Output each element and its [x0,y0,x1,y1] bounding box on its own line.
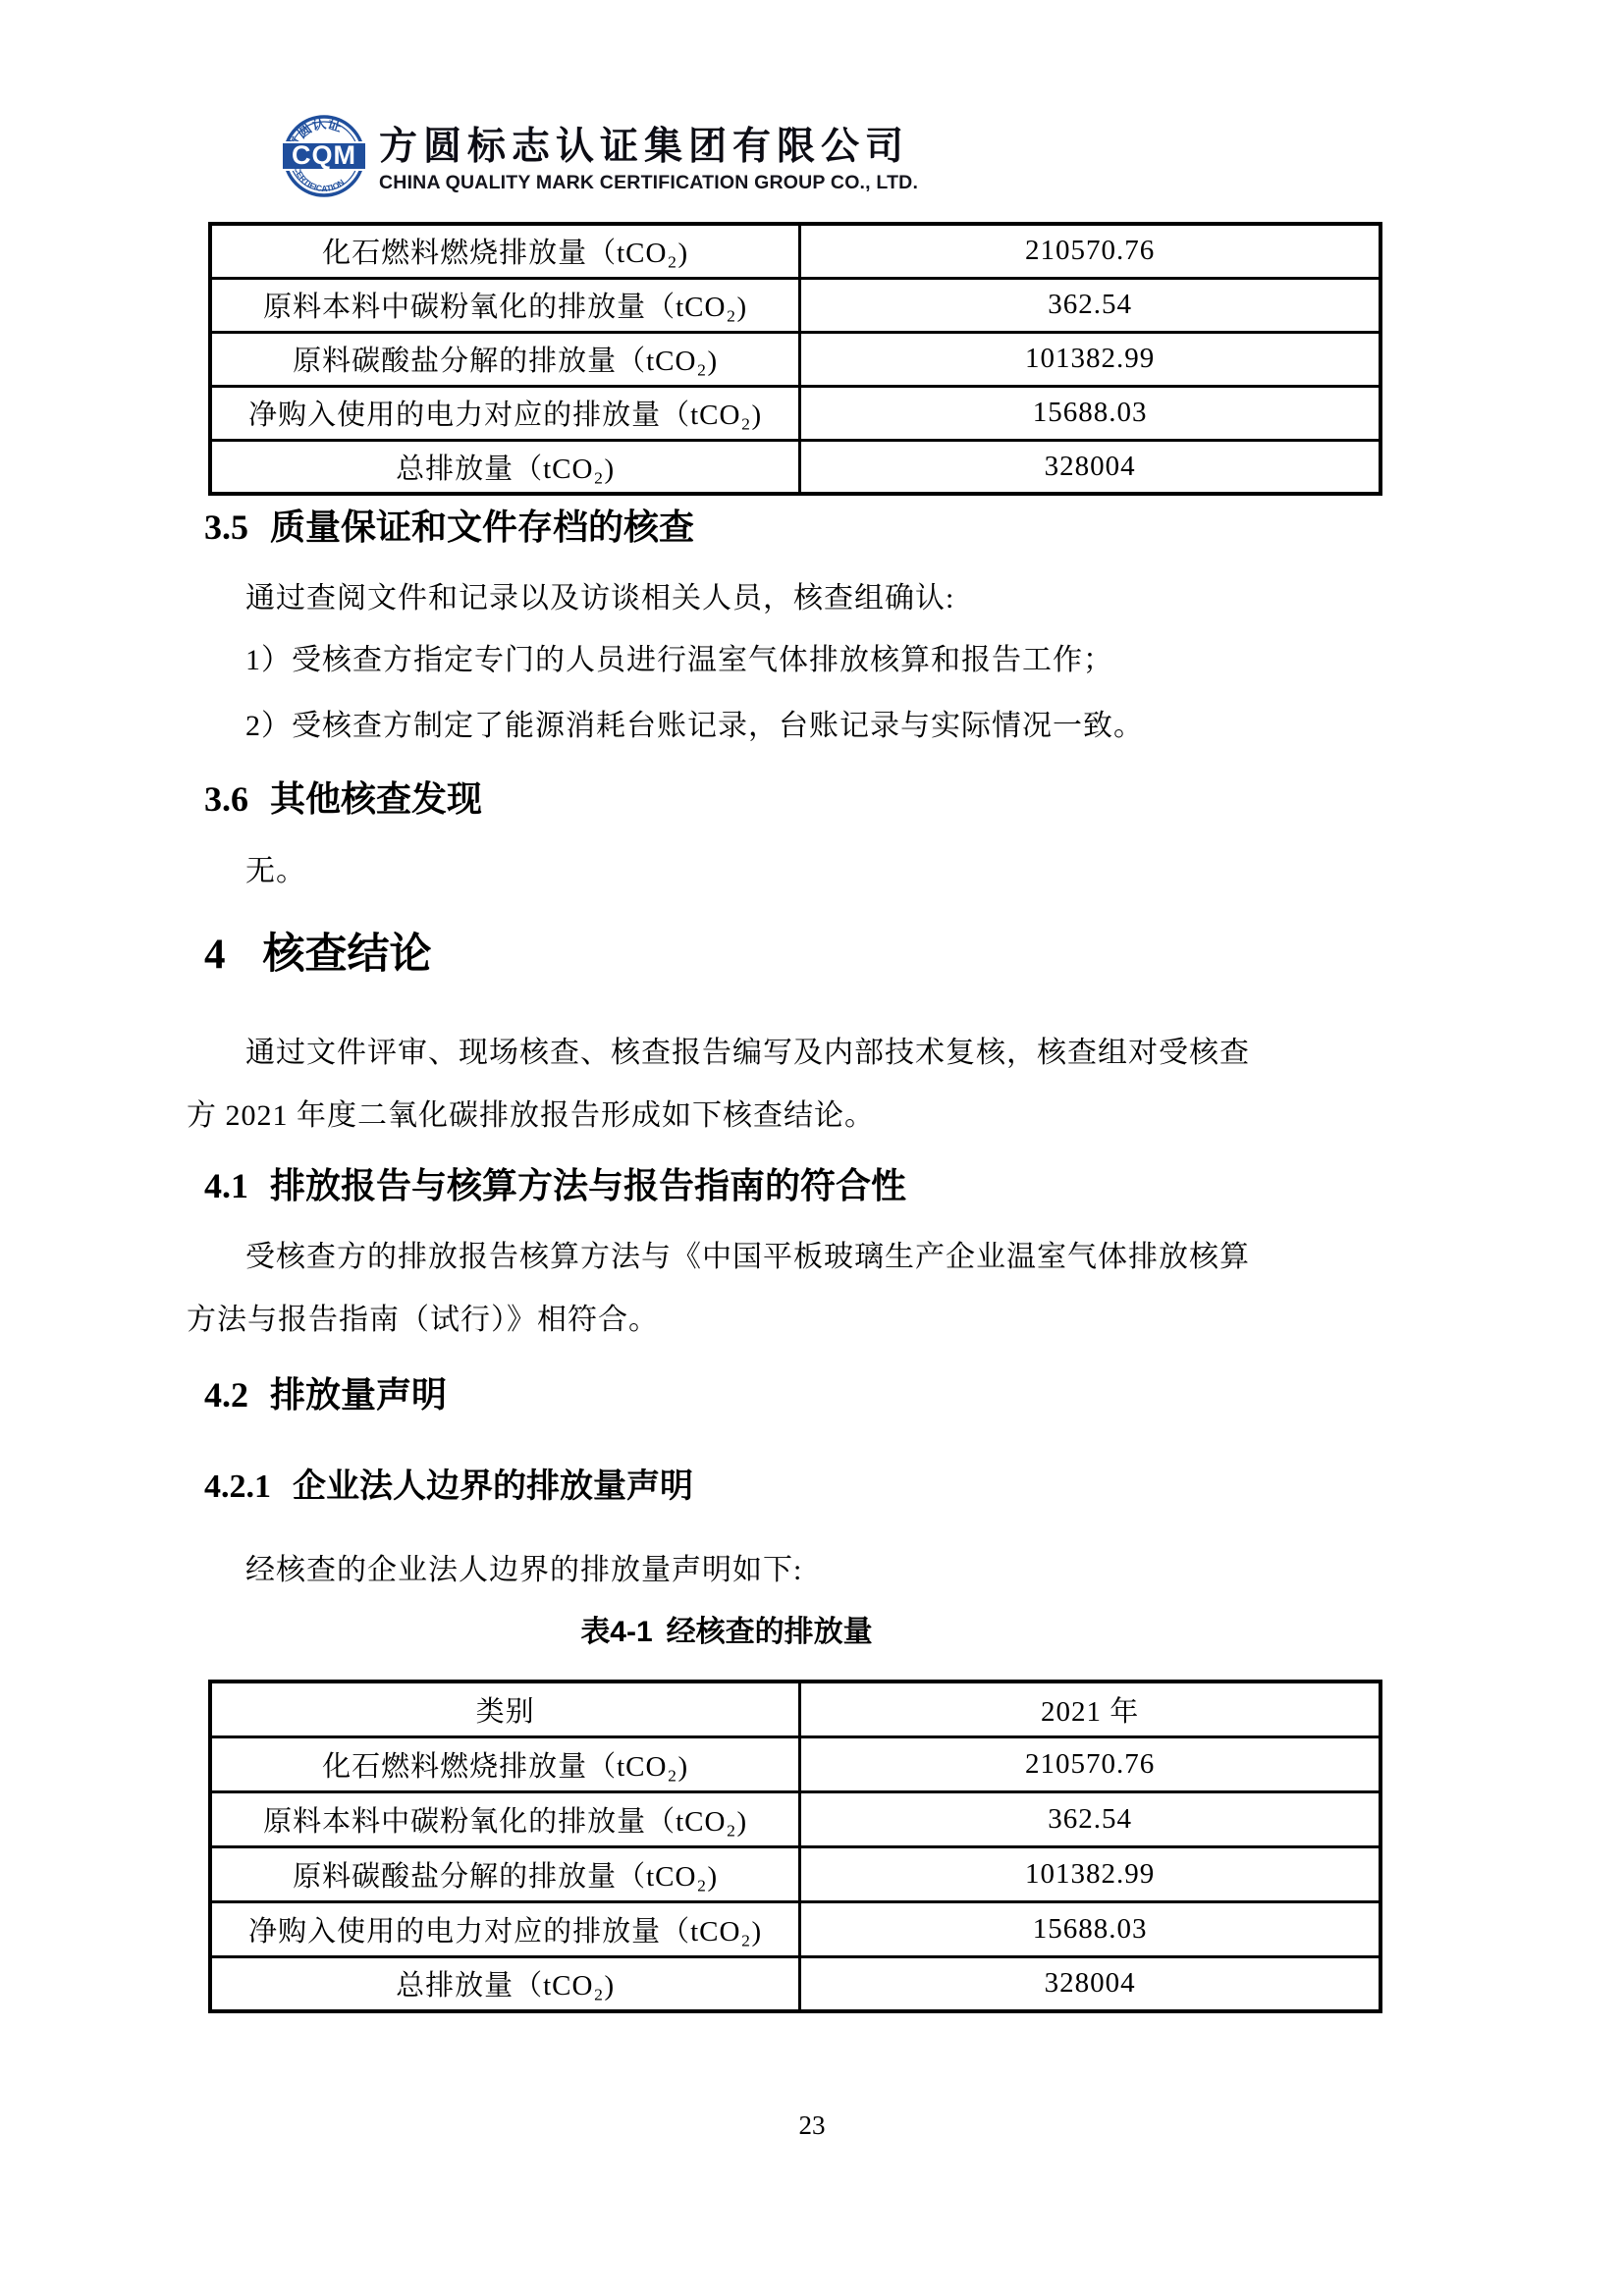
section-4-2-1-heading: 4.2.1企业法人边界的排放量声明 [204,1466,693,1509]
section-number: 3.5 [204,507,248,547]
table-cell-value: 210570.76 [800,1736,1380,1791]
table-cell-value: 328004 [800,1956,1380,2011]
cqm-logo-icon: 方圆认证 CQM CERTIFICATION [281,114,367,202]
table-cell-value: 362.54 [800,1791,1380,1846]
table-header-row: 类别 2021 年 [210,1682,1380,1736]
section-3-5-list-item-2: 2）受核查方制定了能源消耗台账记录，台账记录与实际情况一致。 [187,705,1434,748]
carryover-emissions-table: 化石燃料燃烧排放量（tCO₂) 210570.76 原料本料中碳粉氧化的排放量（… [208,222,1382,496]
section-number: 4 [204,932,226,978]
section-4-heading: 4核查结论 [204,930,432,981]
table-cell-label: 净购入使用的电力对应的排放量（tCO₂) [210,386,800,440]
table-cell-label: 化石燃料燃烧排放量（tCO₂) [210,1736,800,1791]
paragraph-line: 方 2021 年度二氧化碳排放报告形成如下核查结论。 [187,1085,1434,1148]
section-number: 4.2.1 [204,1468,271,1505]
table-cell-label: 原料碳酸盐分解的排放量（tCO₂) [210,1846,800,1901]
section-3-6-heading: 3.6其他核查发现 [204,776,482,822]
section-4-2-1-paragraph: 经核查的企业法人边界的排放量声明如下: [187,1549,1434,1592]
section-title: 核查结论 [263,932,432,978]
company-name-block: 方圆标志认证集团有限公司 CHINA QUALITY MARK CERTIFIC… [379,114,918,194]
section-number: 4.1 [204,1166,248,1205]
table-cell-value: 210570.76 [800,224,1380,278]
page-number: 23 [0,2110,1624,2141]
document-header: 方圆认证 CQM CERTIFICATION 方圆标志认证集团有限公司 CHIN… [281,114,918,202]
table-caption-number: 表4-1 [580,1616,652,1648]
document-page: 方圆认证 CQM CERTIFICATION 方圆标志认证集团有限公司 CHIN… [0,0,1624,2296]
table-cell-label: 原料本料中碳粉氧化的排放量（tCO₂) [210,1791,800,1846]
table-cell-value: 328004 [800,440,1380,494]
table-row: 净购入使用的电力对应的排放量（tCO₂) 15688.03 [210,1901,1380,1956]
section-3-5-heading: 3.5质量保证和文件存档的核查 [204,505,694,550]
section-title: 其他核查发现 [270,779,482,819]
section-title: 企业法人边界的排放量声明 [293,1468,693,1505]
table-row: 化石燃料燃烧排放量（tCO₂) 210570.76 [210,224,1380,278]
section-title: 排放量声明 [270,1375,447,1415]
table-row: 净购入使用的电力对应的排放量（tCO₂) 15688.03 [210,386,1380,440]
section-number: 3.6 [204,779,248,819]
table-row: 原料本料中碳粉氧化的排放量（tCO₂) 362.54 [210,1791,1380,1846]
table-cell-value: 15688.03 [800,386,1380,440]
table-cell-label: 总排放量（tCO₂) [210,1956,800,2011]
table-cell-label: 原料碳酸盐分解的排放量（tCO₂) [210,332,800,386]
paragraph-line: 方法与报告指南（试行）》相符合。 [187,1289,1434,1352]
paragraph-line: 受核查方的排放报告核算方法与《中国平板玻璃生产企业温室气体排放核算 [187,1226,1434,1289]
table-cell-value: 101382.99 [800,332,1380,386]
table-header-category: 类别 [210,1682,800,1736]
table-header-year: 2021 年 [800,1682,1380,1736]
table-caption-title: 经核查的排放量 [667,1616,873,1648]
table-cell-value: 15688.03 [800,1901,1380,1956]
table-cell-label: 原料本料中碳粉氧化的排放量（tCO₂) [210,278,800,332]
section-title: 排放报告与核算方法与报告指南的符合性 [270,1166,906,1205]
section-3-5-intro-paragraph: 通过查阅文件和记录以及访谈相关人员，核查组确认: [187,577,1434,620]
paragraph-line: 通过文件评审、现场核查、核查报告编写及内部技术复核，核查组对受核查 [187,1022,1434,1085]
section-4-1-heading: 4.1排放报告与核算方法与报告指南的符合性 [204,1163,906,1208]
table-row: 化石燃料燃烧排放量（tCO₂) 210570.76 [210,1736,1380,1791]
table-cell-label: 净购入使用的电力对应的排放量（tCO₂) [210,1901,800,1956]
table-4-1-caption: 表4-1经核查的排放量 [137,1613,1316,1652]
section-number: 4.2 [204,1375,248,1415]
section-3-6-body: 无。 [187,850,1434,893]
table-cell-label: 化石燃料燃烧排放量（tCO₂) [210,224,800,278]
table-cell-value: 101382.99 [800,1846,1380,1901]
table-row: 原料碳酸盐分解的排放量（tCO₂) 101382.99 [210,332,1380,386]
table-cell-value: 362.54 [800,278,1380,332]
table-row: 总排放量（tCO₂) 328004 [210,1956,1380,2011]
section-4-paragraph: 通过文件评审、现场核查、核查报告编写及内部技术复核，核查组对受核查 方 2021… [187,1022,1434,1148]
table-cell-label: 总排放量（tCO₂) [210,440,800,494]
company-name-english: CHINA QUALITY MARK CERTIFICATION GROUP C… [379,172,918,194]
table-row: 原料本料中碳粉氧化的排放量（tCO₂) 362.54 [210,278,1380,332]
section-4-2-heading: 4.2排放量声明 [204,1372,447,1417]
company-name-chinese: 方圆标志认证集团有限公司 [379,128,918,166]
table-row: 原料碳酸盐分解的排放量（tCO₂) 101382.99 [210,1846,1380,1901]
section-3-5-list-item-1: 1）受核查方指定专门的人员进行温室气体排放核算和报告工作； [187,639,1434,682]
section-title: 质量保证和文件存档的核查 [270,507,694,547]
verified-emissions-table: 类别 2021 年 化石燃料燃烧排放量（tCO₂) 210570.76 原料本料… [208,1680,1382,2013]
table-row: 总排放量（tCO₂) 328004 [210,440,1380,494]
section-4-1-paragraph: 受核查方的排放报告核算方法与《中国平板玻璃生产企业温室气体排放核算 方法与报告指… [187,1226,1434,1352]
